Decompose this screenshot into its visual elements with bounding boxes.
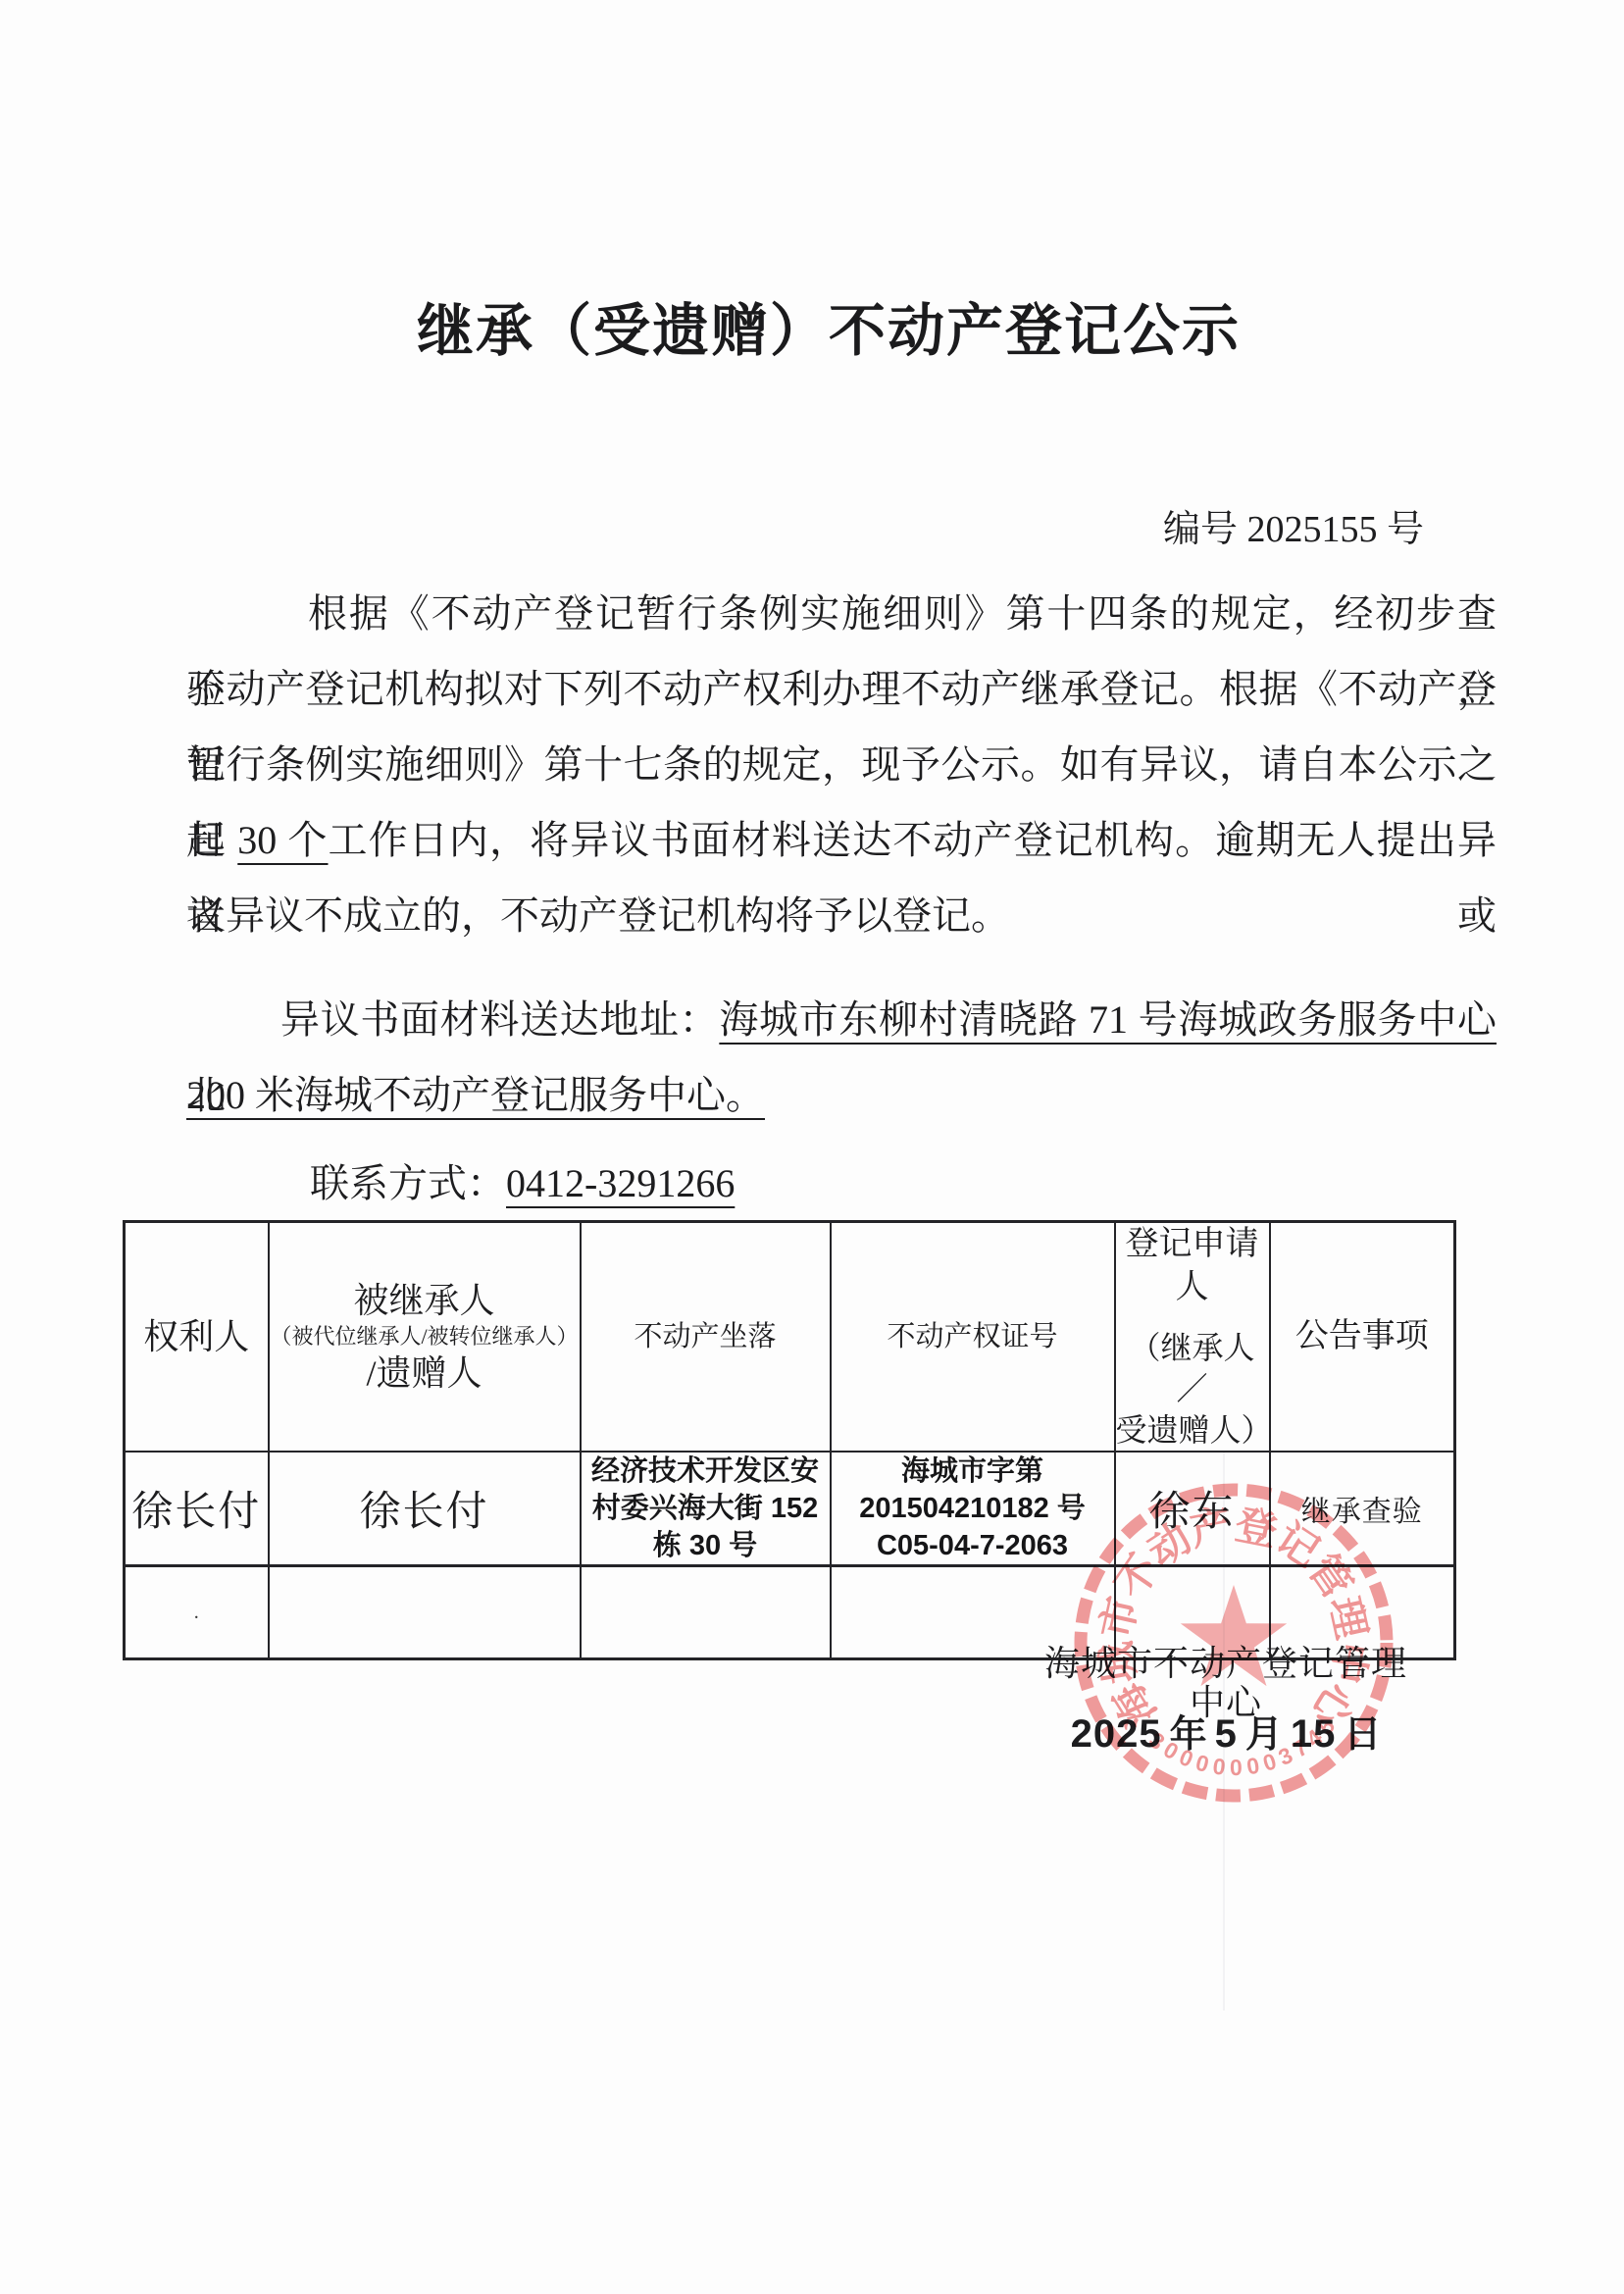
header-applicant: 登记申请人 （继承人／ 受遗赠人） (1115, 1222, 1270, 1453)
body-paragraph-1: 根据《不动产登记暂行条例实施细则》第十四条的规定，经初步查验， 不动产登记机构拟… (186, 576, 1497, 953)
body-line-3: 暂行条例实施细则》第十七条的规定，现予公示。如有异议，请自本公示之日 (186, 727, 1497, 802)
address-line-2: 200 米海城不动产登记服务中心。 (186, 1057, 1497, 1133)
header-announcement-matter: 公告事项 (1270, 1222, 1455, 1453)
page-title: 继承（受遗赠）不动产登记公示 (157, 290, 1500, 373)
header-decedent: 被继承人 （被代位继承人/被转位继承人） /遗赠人 (269, 1222, 581, 1453)
doc-number: 编号 2025155 号 (186, 502, 1424, 557)
issue-date: 2025年5月15日 (1030, 1710, 1422, 1759)
document-page: 继承（受遗赠）不动产登记公示 编号 2025155 号 根据《不动产登记暂行条例… (0, 0, 1624, 2294)
registration-table: 权利人 被继承人 （被代位继承人/被转位继承人） /遗赠人 不动产坐落 不动产权… (123, 1220, 1456, 1660)
table-header-row: 权利人 被继承人 （被代位继承人/被转位继承人） /遗赠人 不动产坐落 不动产权… (125, 1222, 1455, 1453)
body-line-1: 根据《不动产登记暂行条例实施细则》第十四条的规定，经初步查验， (186, 576, 1497, 651)
date-year-unit: 年 (1170, 1714, 1207, 1756)
contact-label: 联系方式： (310, 1161, 506, 1205)
date-month-unit: 月 (1245, 1714, 1283, 1756)
date-day: 15 (1291, 1712, 1337, 1756)
cell-decedent: 徐长付 (269, 1452, 581, 1566)
body-line-4: 起 30 个工作日内，将异议书面材料送达不动产登记机构。逾期无人提出异议或 (186, 802, 1497, 878)
date-day-unit: 日 (1344, 1714, 1381, 1756)
cell-property-location: 经济技术开发区安 村委兴海大街 152 栋 30 号 (581, 1452, 831, 1566)
cell-cert-number: 海城市字第 201504210182 号 C05-04-7-2063 (831, 1452, 1115, 1566)
cell-right-holder: 徐长付 (125, 1452, 269, 1566)
table-row: 徐长付 徐长付 经济技术开发区安 村委兴海大街 152 栋 30 号 海城市字第… (125, 1452, 1455, 1566)
date-month: 5 (1215, 1712, 1238, 1756)
header-cert-number: 不动产权证号 (831, 1222, 1115, 1453)
cell-applicant: 徐东 (1115, 1452, 1270, 1566)
empty-cell-mark: . (125, 1566, 269, 1659)
contact-block: 联系方式：0412-3291266 (186, 1146, 1497, 1221)
underlined-days-value: 30 个 (237, 818, 328, 862)
underlined-address-part2: 200 米海城不动产登记服务中心。 (186, 1073, 765, 1117)
date-year: 2025 (1071, 1712, 1162, 1756)
contact-line: 联系方式：0412-3291266 (186, 1146, 1497, 1221)
body-line-2: 不动产登记机构拟对下列不动产权利办理不动产继承登记。根据《不动产登记 (186, 651, 1497, 727)
address-line-1: 异议书面材料送达地址：海城市东柳村清晓路 71 号海城政务服务中心北 (186, 982, 1497, 1057)
body-paragraph-2: 异议书面材料送达地址：海城市东柳村清晓路 71 号海城政务服务中心北 200 米… (186, 982, 1497, 1133)
header-property-location: 不动产坐落 (581, 1222, 831, 1453)
contact-phone: 0412-3291266 (506, 1161, 735, 1205)
cell-announcement-matter: 继承查验 (1270, 1452, 1455, 1566)
header-right-holder: 权利人 (125, 1222, 269, 1453)
